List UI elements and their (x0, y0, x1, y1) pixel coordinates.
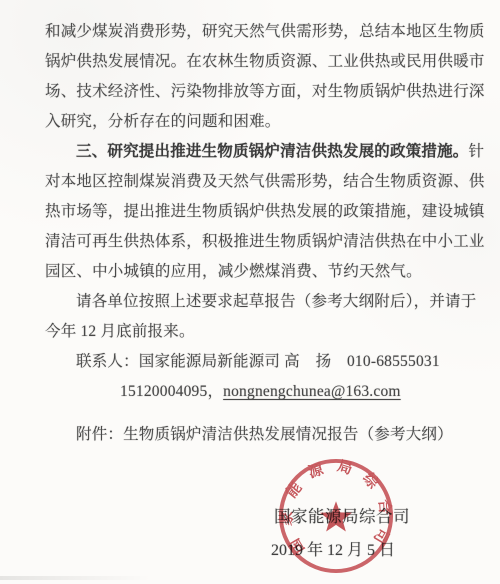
text-line: 三、研究提出推进生物质锅炉清洁供热发展的政策措施。针 (45, 137, 465, 167)
item3-heading-tail: 针 (469, 143, 485, 160)
contact-line-2: 15120004095，nongnengchunea@163.com (45, 377, 465, 407)
text-line: 今年 12 月底前报来。 (45, 317, 465, 347)
paragraph-continuation: 和减少煤炭消费形势，研究天然气供需形势，总结本地区生物质锅炉供热发展情况。在农林… (45, 17, 465, 137)
contact-email: nongnengchunea@163.com (223, 383, 401, 400)
text-line: 清洁可再生供热体系，积极推进生物质锅炉清洁供热在中小工业 (45, 227, 465, 257)
text-line: 请各单位按照上述要求起草报告（参考大纲附后），并请于 (45, 287, 465, 317)
paragraph-item3: 三、研究提出推进生物质锅炉清洁供热发展的政策措施。针 对本地区控制煤炭消费及天然… (45, 137, 465, 287)
text-line: 热市场等，提出推进生物质锅炉供热发展的政策措施，建设城镇 (45, 197, 465, 227)
document-body: 和减少煤炭消费形势，研究天然气供需形势，总结本地区生物质锅炉供热发展情况。在农林… (0, 0, 500, 450)
attachment-line: 附件：生物质锅炉清洁供热发展情况报告（参考大纲） (45, 420, 465, 450)
text-line: 锅炉供热发展情况。在农林生物质资源、工业供热或民用供暖市 (45, 47, 465, 77)
contact-line: 联系人：国家能源局新能源司 高 扬 010-68555031 (45, 347, 465, 377)
text-line: 园区、中小城镇的应用，减少燃煤消费、节约天然气。 (45, 257, 465, 287)
text-line: 入研究，分析存在的问题和困难。 (45, 107, 465, 137)
document-page: 和减少煤炭消费形势，研究天然气供需形势，总结本地区生物质锅炉供热发展情况。在农林… (0, 0, 500, 584)
text-line: 对本地区控制煤炭消费及天然气供需形势，结合生物质资源、供 (45, 167, 465, 197)
contact-phone: 15120004095， (120, 383, 223, 400)
signature-department: 国家能源局综合司 (274, 503, 410, 527)
paragraph-item3-body: 对本地区控制煤炭消费及天然气供需形势，结合生物质资源、供热市场等，提出推进生物质… (45, 167, 465, 287)
signature-date: 2019 年 12 月 5 日 (271, 537, 395, 560)
item3-heading: 三、研究提出推进生物质锅炉清洁供热发展的政策措施。 (76, 143, 469, 160)
text-line: 和减少煤炭消费形势，研究天然气供需形势，总结本地区生物质 (45, 17, 465, 47)
paragraph-request: 请各单位按照上述要求起草报告（参考大纲附后），并请于今年 12 月底前报来。 (45, 287, 465, 347)
text-line: 场、技术经济性、污染物排放等方面，对生物质锅炉供热进行深 (45, 77, 465, 107)
